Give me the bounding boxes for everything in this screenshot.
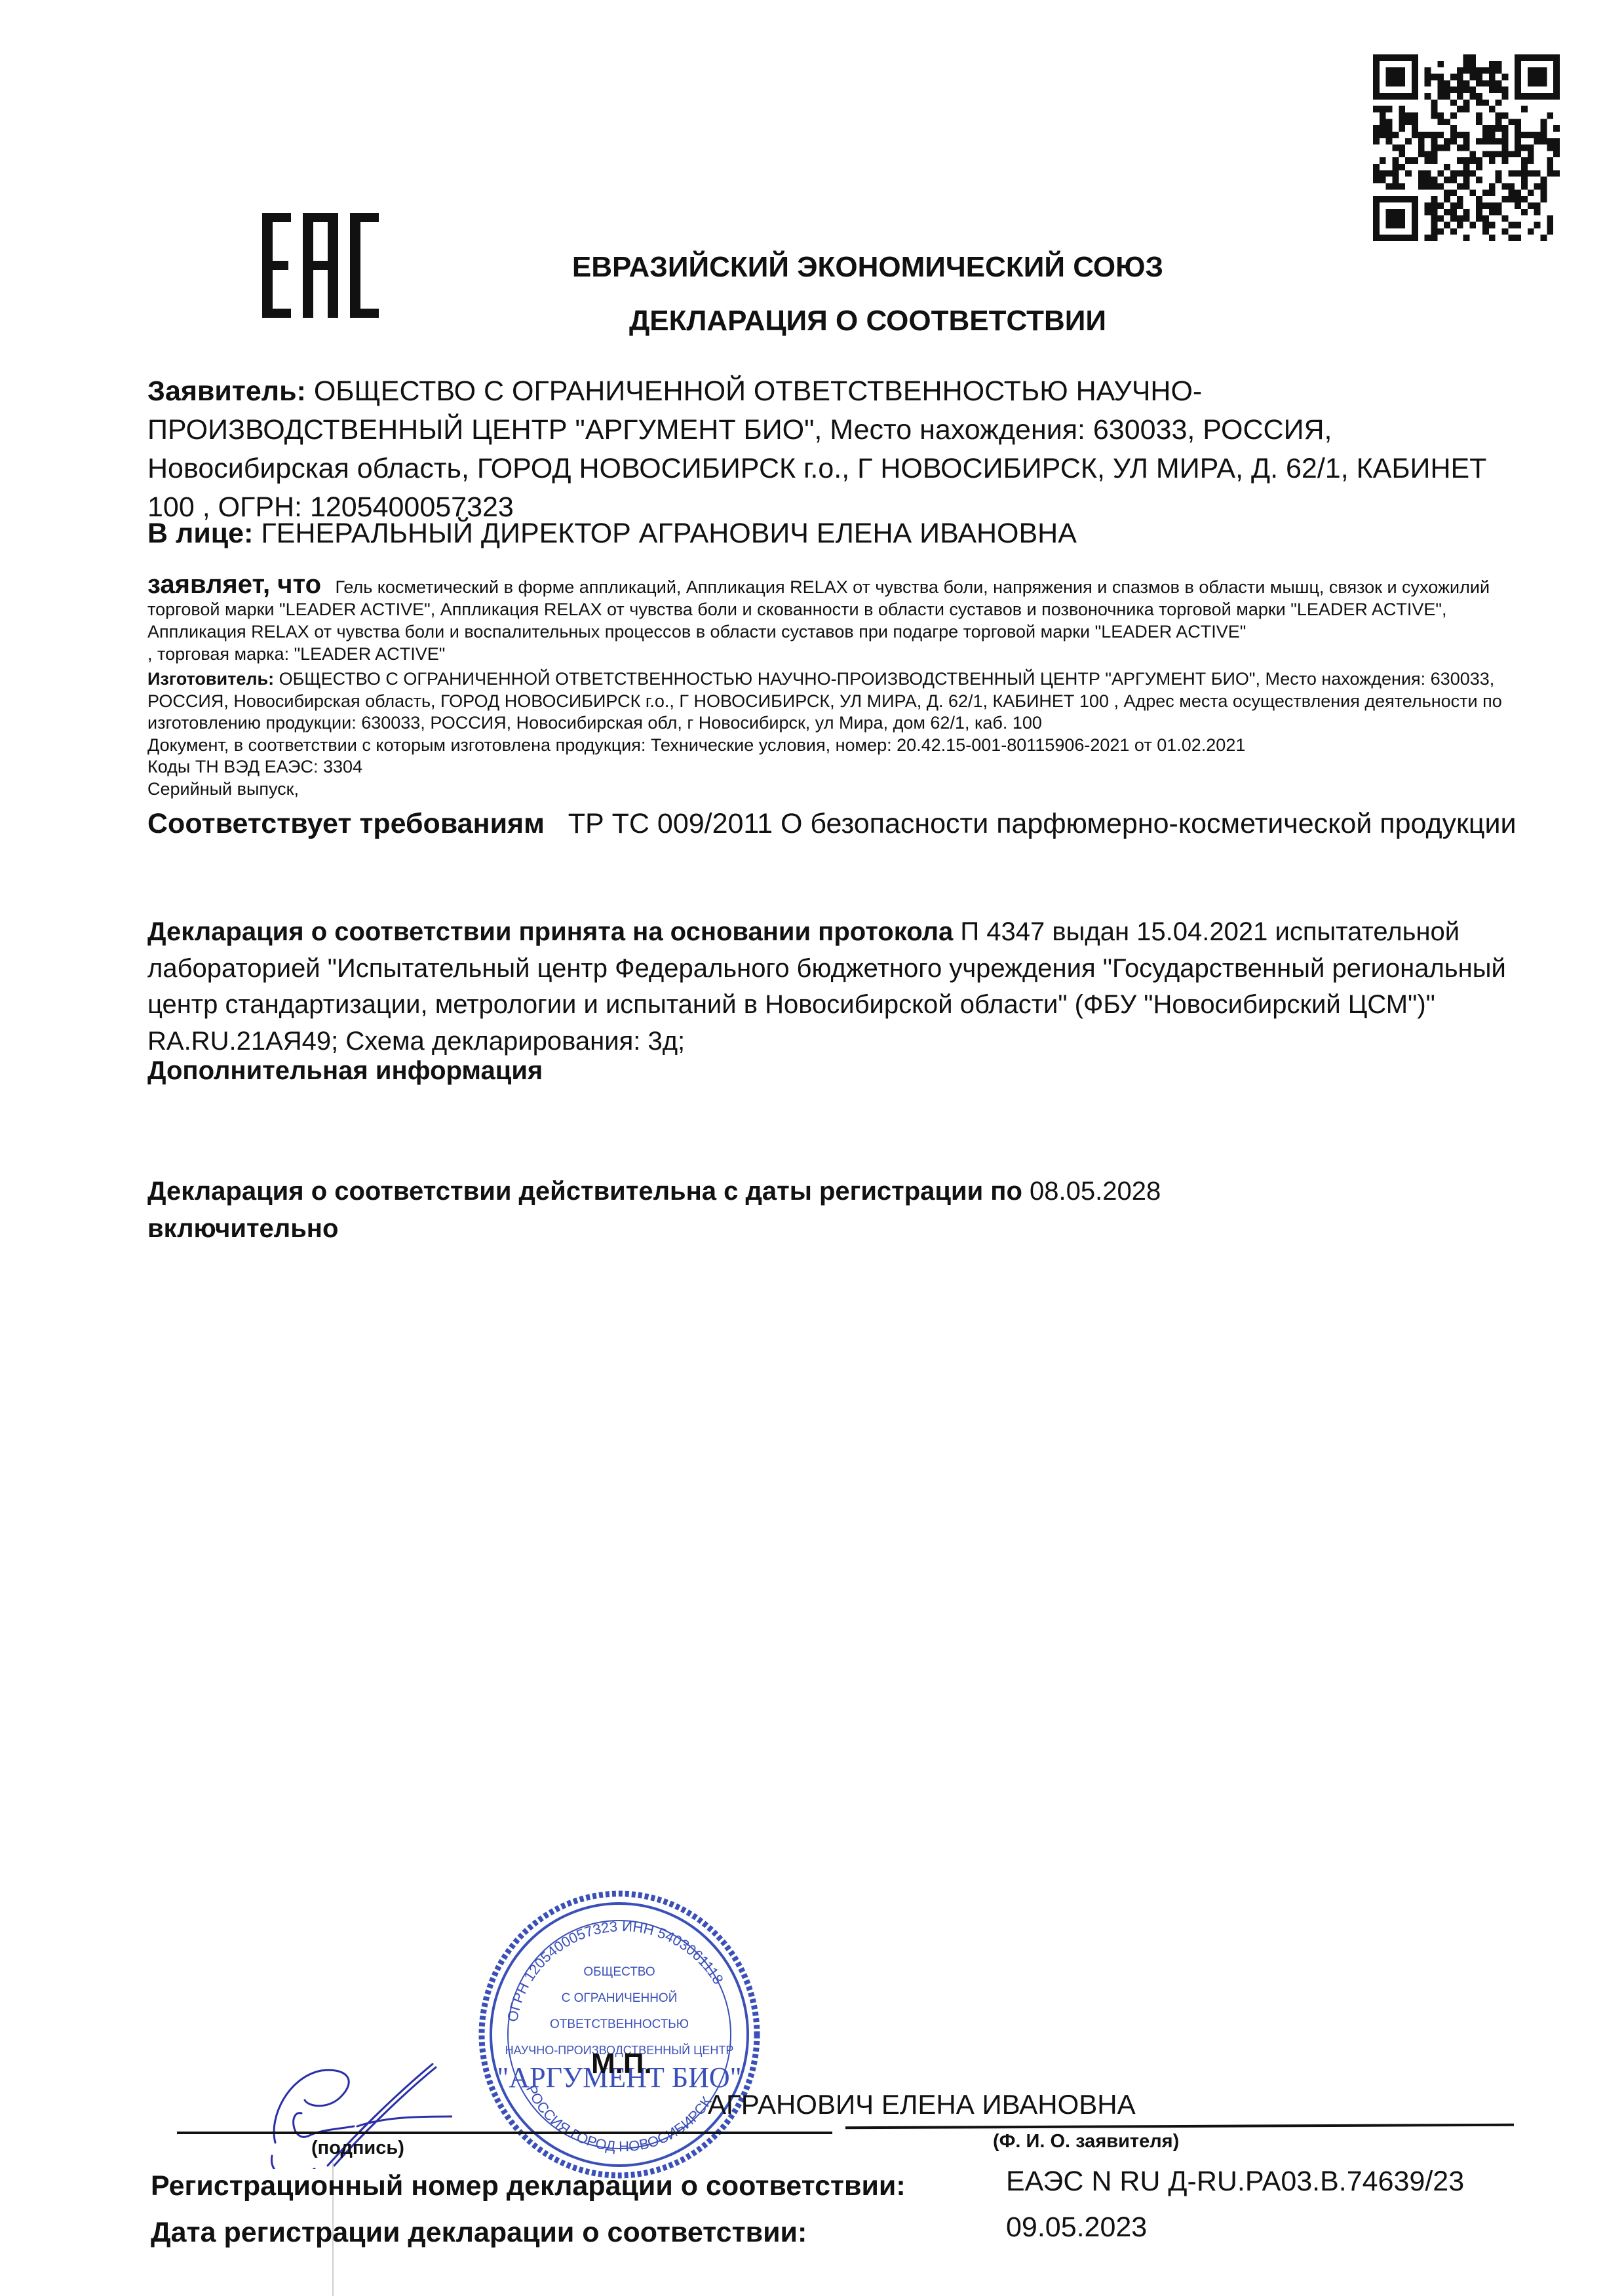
svg-text:С ОГРАНИЧЕННОЙ: С ОГРАНИЧЕННОЙ: [562, 1991, 678, 2005]
hs-codes: Коды ТН ВЭД ЕАЭС: 3304: [147, 757, 362, 776]
represented-by-section: В лице: ГЕНЕРАЛЬНЫЙ ДИРЕКТОР АГРАНОВИЧ Е…: [147, 518, 1077, 550]
signatory-name: АГРАНОВИЧ ЕЛЕНА ИВАНОВНА: [708, 2089, 1136, 2120]
company-stamp: ОГРН 1205400057323 ИНН 5403061118 РОССИЯ…: [472, 1887, 767, 2189]
applicant-label: Заявитель:: [147, 375, 306, 407]
applicant-value: ОБЩЕСТВО С ОГРАНИЧЕННОЙ ОТВЕТСТВЕННОСТЬЮ…: [147, 375, 1486, 523]
declares-section: заявляет, что Гель косметический в форме…: [147, 573, 1524, 665]
svg-text:ОБЩЕСТВО: ОБЩЕСТВО: [583, 1965, 655, 1979]
name-line: [845, 2124, 1514, 2129]
svg-text:ОТВЕТСТВЕННОСТЬЮ: ОТВЕТСТВЕННОСТЬЮ: [550, 2018, 689, 2031]
registration-date: 09.05.2023: [1006, 2211, 1147, 2244]
signature-line: [177, 2132, 832, 2134]
release-type: Серийный выпуск,: [147, 779, 299, 799]
basis-section: Декларация о соответствии принята на осн…: [147, 914, 1556, 1060]
manufacturer-section: Изготовитель: ОБЩЕСТВО С ОГРАНИЧЕННОЙ ОТ…: [147, 668, 1543, 800]
basis-label: Декларация о соответствии принята на осн…: [147, 917, 953, 946]
additional-info-heading: Дополнительная информация: [147, 1056, 543, 1086]
manufacturer-value: ОБЩЕСТВО С ОГРАНИЧЕННОЙ ОТВЕТСТВЕННОСТЬЮ…: [147, 669, 1502, 733]
complies-section: Соответствует требованиям ТР ТС 009/2011…: [147, 805, 1524, 843]
trademark: , торговая марка: "LEADER ACTIVE": [147, 644, 445, 664]
registration-date-label: Дата регистрации декларации о соответств…: [151, 2217, 807, 2249]
validity-label: Декларация о соответствии действительна …: [147, 1177, 1022, 1206]
products-list: Гель косметический в форме аппликаций, А…: [147, 577, 1490, 641]
stamp-placeholder-label: М.П.: [591, 2048, 652, 2080]
manufacturer-label: Изготовитель:: [147, 669, 274, 689]
declares-label: заявляет, что: [147, 570, 321, 599]
complies-value: ТР ТС 009/2011 О безопасности парфюмерно…: [568, 808, 1517, 839]
represented-by-label: В лице:: [147, 518, 253, 549]
qr-code-icon: [1373, 54, 1560, 241]
represented-by-value: ГЕНЕРАЛЬНЫЙ ДИРЕКТОР АГРАНОВИЧ ЕЛЕНА ИВА…: [261, 518, 1077, 549]
applicant-section: Заявитель: ОБЩЕСТВО С ОГРАНИЧЕННОЙ ОТВЕТ…: [147, 372, 1498, 527]
document-title: ДЕКЛАРАЦИЯ О СООТВЕТСТВИИ: [0, 305, 1624, 337]
validity-suffix: включительно: [147, 1214, 338, 1243]
name-caption: (Ф. И. О. заявителя): [993, 2131, 1179, 2152]
union-title: ЕВРАЗИЙСКИЙ ЭКОНОМИЧЕСКИЙ СОЮЗ: [0, 251, 1624, 284]
validity-date: 08.05.2028: [1030, 1177, 1161, 1206]
validity-section: Декларация о соответствии действительна …: [147, 1173, 1425, 1248]
registration-number: ЕАЭС N RU Д-RU.РА03.В.74639/23: [1006, 2166, 1464, 2198]
complies-label: Соответствует требованиям: [147, 808, 545, 839]
signature-caption: (подпись): [311, 2137, 404, 2159]
registration-number-label: Регистрационный номер декларации о соотв…: [151, 2170, 906, 2202]
conformity-document: Документ, в соответствии с которым изгот…: [147, 735, 1245, 755]
